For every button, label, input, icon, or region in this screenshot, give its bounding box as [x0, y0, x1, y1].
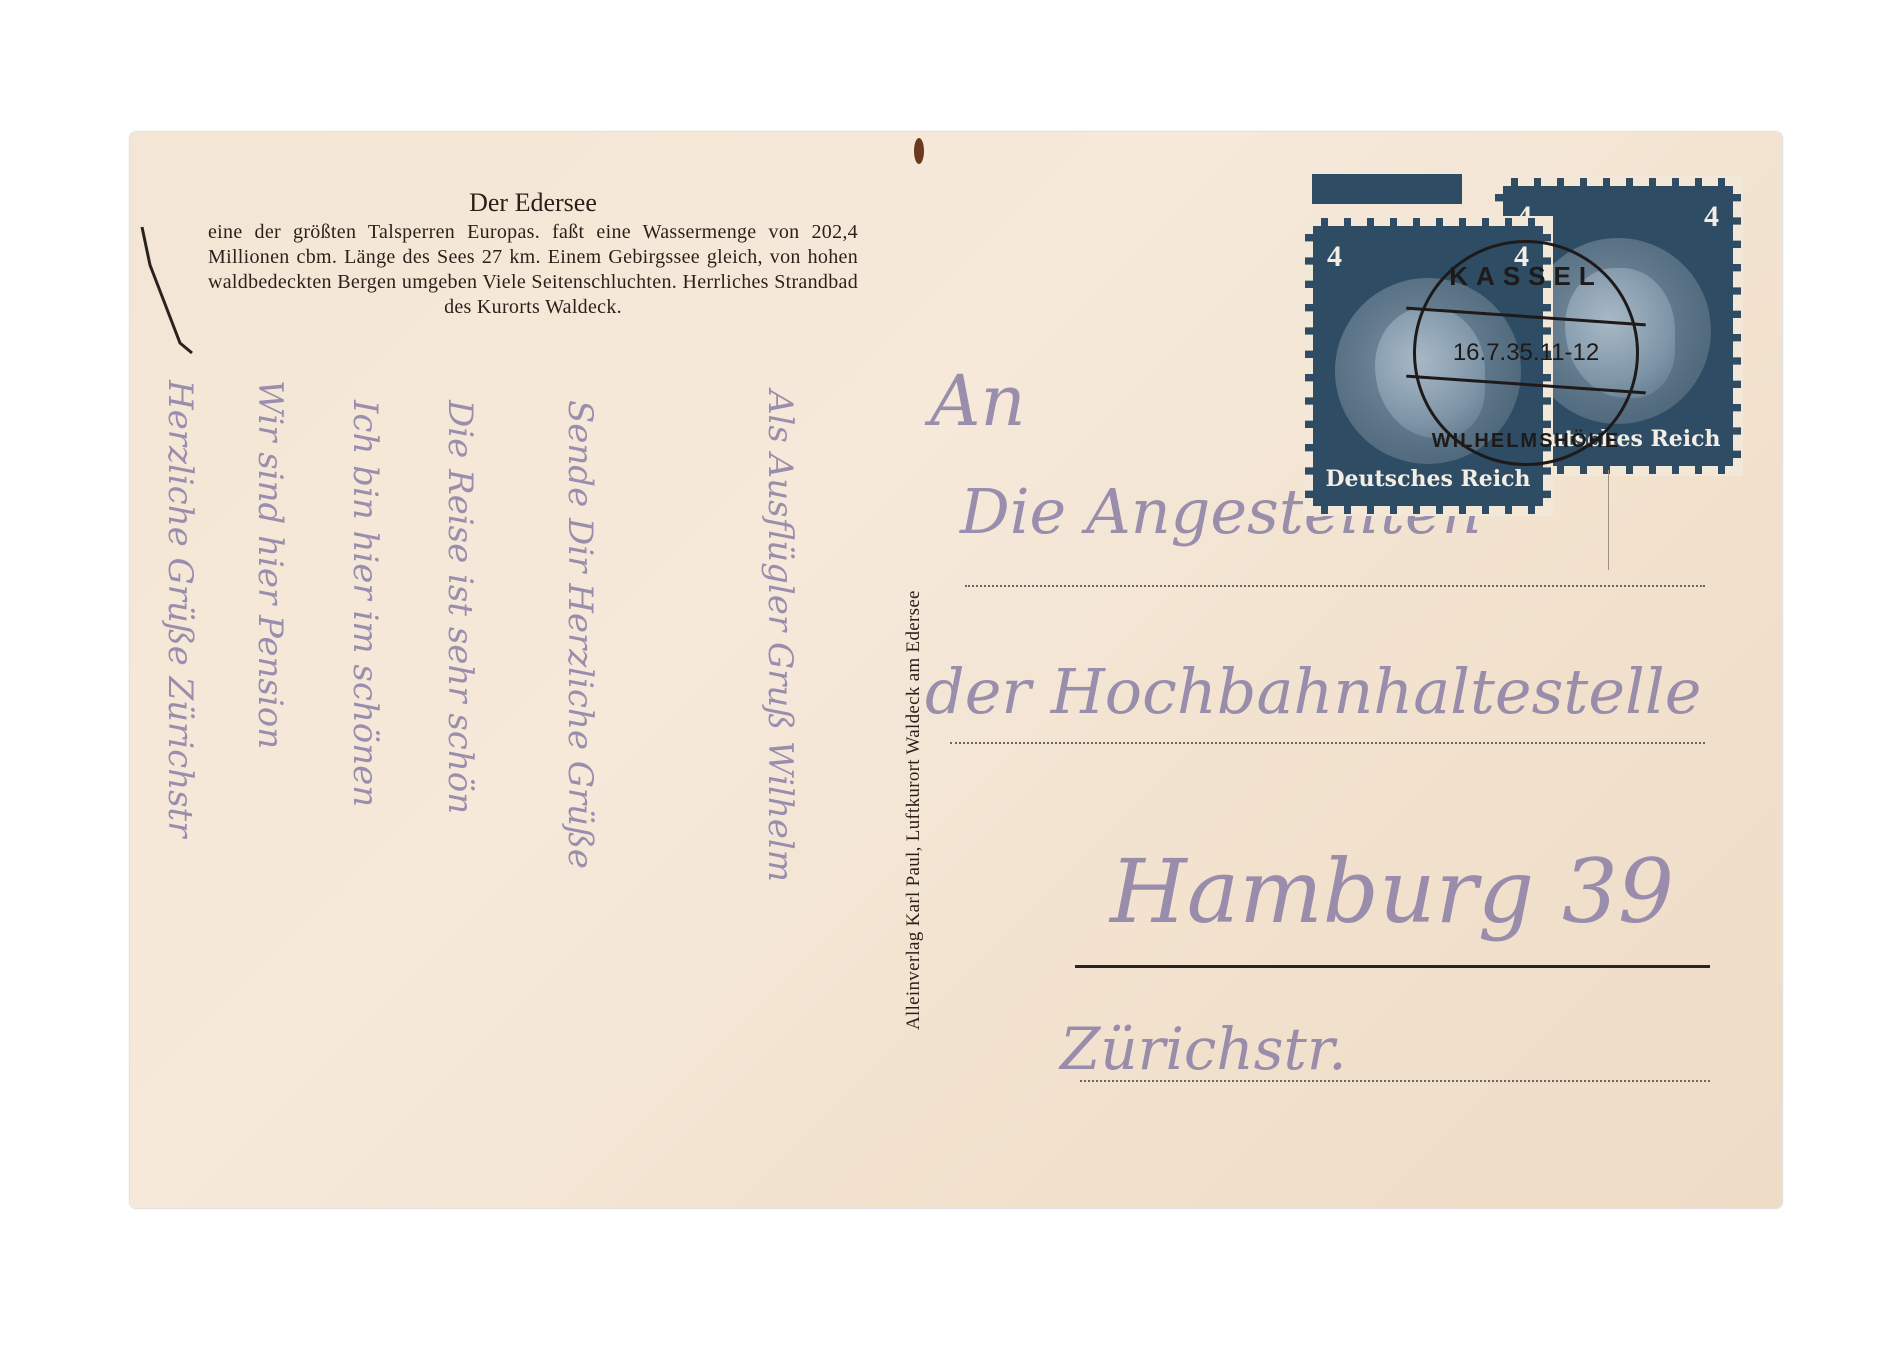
message-column: Herzliche Grüße Zürichstr	[160, 380, 200, 837]
stamp-denomination: 4	[1327, 240, 1342, 274]
address-line: der Hochbahnhaltestelle	[925, 655, 1701, 728]
address-rule	[965, 585, 1705, 587]
postmark-date: 16.7.35.11-12	[1416, 339, 1636, 367]
pin-hole	[914, 138, 924, 164]
address-city: Hamburg 39	[1110, 840, 1674, 943]
address-line: An	[930, 360, 1026, 442]
postmark: KASSEL 16.7.35.11-12 WILHELMSHÖHE	[1413, 240, 1639, 466]
stamp-country: Deutsches Reich	[1313, 466, 1543, 492]
caption-block: Der Edersee eine der größten Talsperren …	[208, 188, 858, 320]
message-column: Sende Dir Herzliche Grüße	[560, 400, 600, 869]
corner-mark	[140, 225, 200, 355]
postmark-district: WILHELMSHÖHE	[1416, 430, 1636, 453]
message-column: Ich bin hier im schönen	[345, 400, 385, 807]
stamp-sheet-margin	[1312, 174, 1462, 204]
caption-title: Der Edersee	[208, 188, 858, 218]
stamp-denomination: 4	[1704, 200, 1719, 234]
divider-mark	[1608, 470, 1609, 570]
message-column: Wir sind hier Pension	[250, 380, 290, 749]
message-column: Als Ausflügler Gruß Wilhelm	[760, 390, 800, 882]
caption-body: eine der größten Talsperren Europas. faß…	[208, 220, 858, 320]
address-rule	[950, 742, 1705, 744]
postmark-town: KASSEL	[1416, 261, 1636, 292]
address-rule	[1080, 1080, 1710, 1082]
publisher-line: Alleinverlag Karl Paul, Luftkurort Walde…	[903, 590, 925, 1030]
city-underline	[1075, 965, 1710, 968]
address-street: Zürichstr.	[1060, 1015, 1347, 1083]
message-column: Die Reise ist sehr schön	[440, 400, 480, 814]
